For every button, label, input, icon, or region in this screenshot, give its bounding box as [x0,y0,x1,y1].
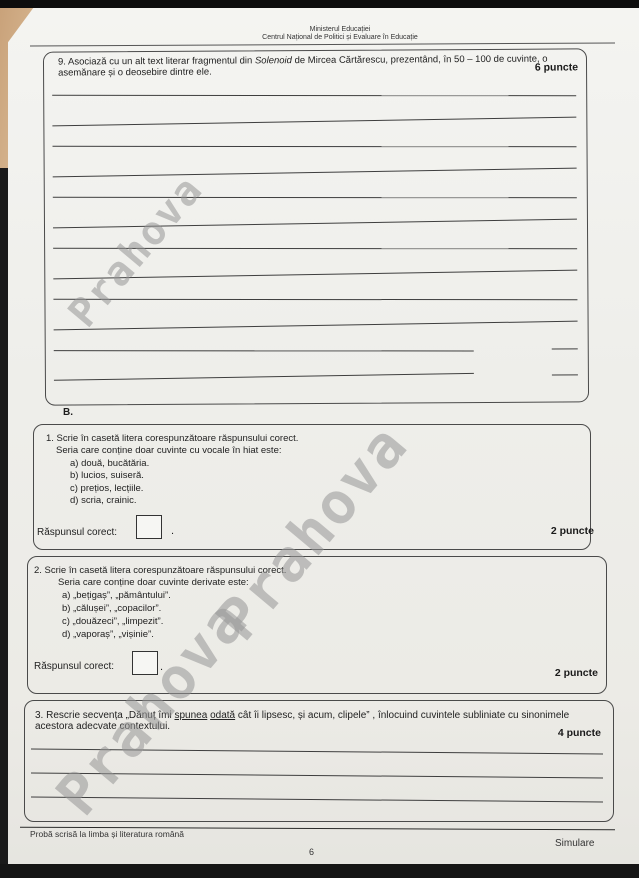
question-b2-answer-label: Răspunsul corect: [34,661,114,672]
photo-top-edge [0,0,639,8]
question-b1-subprompt: Seria care conține doar cuvinte cu vocal… [56,445,282,456]
question-b1-prompt: 1. Scrie în casetă litera corespunzătoar… [46,433,298,444]
question-b1-points: 2 puncte [551,525,594,537]
answer-line[interactable] [53,299,577,300]
question-9-text: 9. Asociază cu un alt text literar fragm… [58,53,578,78]
footer-simulation-label: Simulare [555,838,594,849]
answer-line[interactable] [52,116,576,126]
answer-line[interactable] [54,320,578,330]
question-b2-option-b: b) „călușei”, „copacilor”. [62,603,161,615]
page-header: Ministerul Educației Centrul Național de… [210,26,470,42]
question-b1-option-b: b) lucios, suiseră. [70,470,144,482]
page-number: 6 [309,847,314,857]
question-b1-answer-label: Răspunsul corect: [37,527,117,538]
answer-line[interactable] [54,372,474,380]
header-ministry: Ministerul Educației [210,26,470,34]
answer-line[interactable] [53,197,577,198]
question-b1-option-c: c) prețios, lecțiile. [70,483,143,495]
answer-line-segment[interactable] [552,348,578,349]
answer-line[interactable] [53,167,577,177]
photo-bottom-edge [0,864,639,878]
section-b-label: B. [63,407,73,418]
question-b1-option-a: a) două, bucătăria. [70,458,149,470]
answer-line[interactable] [53,146,577,147]
answer-line-segment[interactable] [552,374,578,375]
answer-line[interactable] [52,95,576,96]
underlined-word-2: odată [210,710,235,721]
question-b2-option-a: a) „bețigaș”, „pământului”. [62,590,171,602]
question-b1-option-d: d) scria, crainic. [70,495,137,507]
question-b3-points: 4 puncte [558,727,601,739]
question-b1-answer-box[interactable] [136,515,162,539]
question-b1-period: . [171,525,174,537]
question-b2-points: 2 puncte [555,667,598,679]
header-center: Centrul Național de Politici și Evaluare… [210,34,470,42]
answer-line[interactable] [54,350,474,351]
question-9-points: 6 puncte [535,61,578,73]
footer-exam-title: Probă scrisă la limba și literatura româ… [30,829,184,839]
question-b2-option-c: c) „douăzeci”, „limpezit”. [62,616,163,628]
question-b2-subprompt: Seria care conține doar cuvinte derivate… [58,577,249,588]
question-b2-option-d: d) „vaporaș”, „vișinie”. [62,629,154,641]
